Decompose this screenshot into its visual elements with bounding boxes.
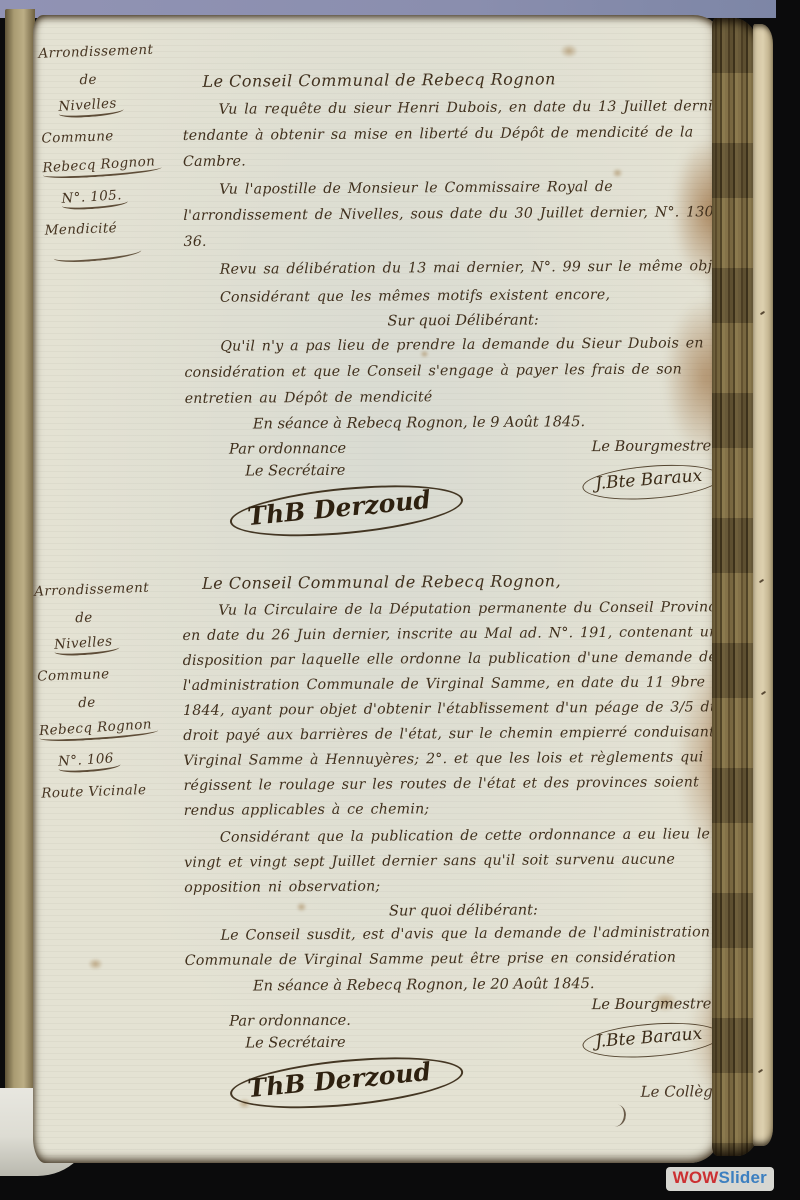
secretary-title: Le Secrétaire [245, 459, 463, 483]
pen-flourish [612, 1104, 627, 1127]
college-note: Le Collège [583, 1082, 722, 1101]
entry-heading: Le Conseil Communal de Rebecq Rognon, [202, 570, 740, 593]
by-order-line: Par ordonnance [229, 437, 463, 461]
paragraph: Revu sa délibération du 13 mai dernier, … [184, 253, 742, 283]
paragraph: Considérant que les mêmes motifs existen… [184, 281, 742, 311]
margin-commune: Commune [41, 126, 193, 146]
margin-de: de [78, 692, 190, 711]
watermark-wow-text: WOW [673, 1168, 719, 1187]
margin-annotation-entry-106: Arrondissement de Nivelles Commune de Re… [34, 579, 194, 814]
paragraph: Vu la Circulaire de la Députation perman… [182, 595, 742, 824]
next-page-ink-mark [760, 311, 765, 316]
paragraph: Vu l'apostille de Monsieur le Commissair… [183, 173, 742, 255]
margin-number-106: N°. 106 [58, 749, 193, 773]
session-date-line: En séance à Rebecq Rognon, le 9 Août 184… [253, 412, 743, 432]
session-date-line: En séance à Rebecq Rognon, le 20 Août 18… [253, 974, 743, 994]
margin-rebecq-rognon: Rebecq Rognon [39, 717, 192, 741]
foxing-spot [560, 44, 578, 58]
deliberation-entry-106: Le Conseil Communal de Rebecq Rognon, Vu… [182, 570, 744, 1130]
mayor-title: Le Bourgmestre [582, 435, 721, 458]
paragraph: Vu la requête du sieur Henri Dubois, en … [183, 93, 742, 175]
next-page-ink-mark [758, 1069, 763, 1074]
margin-commune: Commune [37, 664, 189, 684]
deliberation-label: Sur quoi délibérant: [184, 900, 742, 921]
secretary-signature-block: Par ordonnance Le Secrétaire ThB Derzoud [229, 437, 464, 535]
margin-de: de [75, 607, 187, 626]
margin-number-105: N°. 105. [61, 186, 196, 210]
entry-heading: Le Conseil Communal de Rebecq Rognon [202, 68, 740, 91]
margin-de: de [79, 69, 191, 88]
secretary-signature: ThB Derzoud [228, 1049, 465, 1117]
secretary-signature-block: Par ordonnance. Le Secrétaire ThB Derzou… [229, 1009, 464, 1107]
watermark-slider-text: Slider [719, 1168, 767, 1187]
mayor-signature-block: Le Bourgmestre J.Bte Baraux [582, 435, 722, 499]
book-fore-edge [712, 18, 759, 1156]
next-page-ink-mark [759, 579, 764, 584]
signature-row: Par ordonnance. Le Secrétaire ThB Derzou… [185, 993, 744, 1130]
margin-nivelles: Nivelles [54, 632, 189, 656]
next-page-ink-mark [761, 691, 766, 696]
margin-rebecq-rognon: Rebecq Rognon [42, 154, 195, 178]
deliberation-label: Sur quoi Délibérant: [184, 310, 742, 331]
foxing-spot [88, 958, 103, 970]
resolution-paragraph: Qu'il n'y a pas lieu de prendre la deman… [184, 330, 743, 412]
deliberation-entry-105: Le Conseil Communal de Rebecq Rognon Vu … [182, 68, 743, 535]
mayor-title: Le Bourgmestre [582, 993, 721, 1016]
left-binding-edge [5, 9, 35, 1115]
signature-row: Par ordonnance Le Secrétaire ThB Derzoud… [185, 435, 744, 535]
wowslider-watermark[interactable]: WOWSlider [666, 1167, 774, 1191]
margin-mendicite: Mendicité [44, 218, 196, 238]
margin-arrondissement: Arrondissement [34, 579, 186, 599]
margin-arrondissement: Arrondissement [38, 41, 190, 61]
book-photograph: Arrondissement de Nivelles Commune Rebec… [0, 0, 800, 1200]
secretary-title: Le Secrétaire [245, 1031, 463, 1055]
margin-nivelles: Nivelles [58, 94, 193, 118]
mayor-signature: J.Bte Baraux [581, 1018, 722, 1062]
margin-route-vicinale: Route Vicinale [41, 781, 193, 801]
by-order-line: Par ordonnance. [229, 1009, 463, 1033]
next-page-edge [753, 24, 773, 1146]
mayor-signature: J.Bte Baraux [581, 460, 722, 504]
paragraph: Considérant que la publication de cette … [184, 822, 743, 901]
margin-annotation-entry-105: Arrondissement de Nivelles Commune Rebec… [38, 41, 197, 262]
resolution-paragraph: Le Conseil susdit, est d'avis que la dem… [185, 920, 743, 974]
mayor-signature-block: Le Bourgmestre J.Bte Baraux Le Collège [582, 993, 722, 1127]
